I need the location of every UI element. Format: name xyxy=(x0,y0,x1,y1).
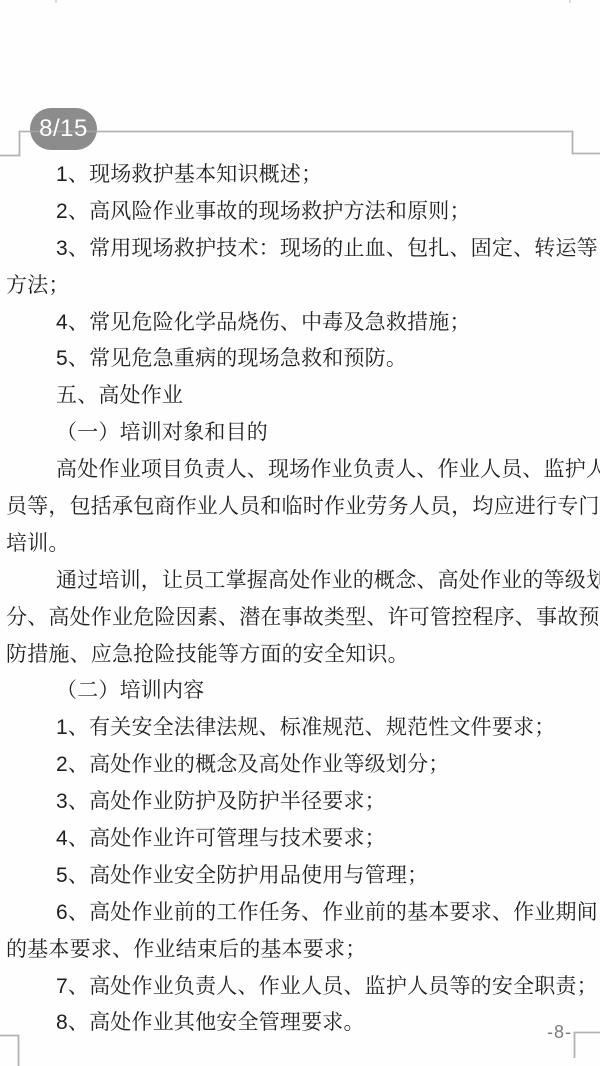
text-line: 培训。 xyxy=(6,526,598,563)
text-line: 6、高处作业前的工作任务、作业前的基本要求、作业期间 xyxy=(6,895,598,932)
text-line: （一）培训对象和目的 xyxy=(6,415,598,452)
text-line: 的基本要求、作业结束后的基本要求； xyxy=(6,932,598,969)
page-indicator-label: 8/15 xyxy=(30,108,97,150)
text-line: 3、高处作业防护及防护半径要求； xyxy=(6,784,598,821)
text-line: 2、高处作业的概念及高处作业等级划分； xyxy=(6,747,598,784)
footer-page-number: -8- xyxy=(547,1022,572,1043)
text-line: 7、高处作业负责人、作业人员、监护人员等的安全职责； xyxy=(6,969,598,1006)
text-line: 五、高处作业 xyxy=(6,378,598,415)
text-line: 8、高处作业其他安全管理要求。 xyxy=(6,1005,598,1042)
text-line: 4、高处作业许可管理与技术要求； xyxy=(6,821,598,858)
text-line: 通过培训，让员工掌握高处作业的概念、高处作业的等级划 xyxy=(6,563,598,600)
text-line: 5、常见危急重病的现场急救和预防。 xyxy=(6,341,598,378)
document-text: 1、现场救护基本知识概述；2、高风险作业事故的现场救护方法和原则；3、常用现场救… xyxy=(6,157,598,1042)
text-line: 1、现场救护基本知识概述； xyxy=(6,157,598,194)
text-line: 3、常用现场救护技术：现场的止血、包扎、固定、转运等 xyxy=(6,231,598,268)
text-line: 防措施、应急抢险技能等方面的安全知识。 xyxy=(6,637,598,674)
text-line: 5、高处作业安全防护用品使用与管理； xyxy=(6,858,598,895)
text-line: 分、高处作业危险因素、潜在事故类型、许可管控程序、事故预 xyxy=(6,600,598,637)
text-line: 4、常见危险化学品烧伤、中毒及急救措施； xyxy=(6,305,598,342)
text-line: 2、高风险作业事故的现场救护方法和原则； xyxy=(6,194,598,231)
text-line: 1、有关安全法律法规、标准规范、规范性文件要求； xyxy=(6,710,598,747)
text-line: （二）培训内容 xyxy=(6,673,598,710)
text-line: 方法； xyxy=(6,268,598,305)
text-line: 高处作业项目负责人、现场作业负责人、作业人员、监护人 xyxy=(6,452,598,489)
document-page[interactable]: 8/15 1、现场救护基本知识概述；2、高风险作业事故的现场救护方法和原则；3、… xyxy=(0,0,600,1066)
text-line: 员等，包括承包商作业人员和临时作业劳务人员，均应进行专门 xyxy=(6,489,598,526)
